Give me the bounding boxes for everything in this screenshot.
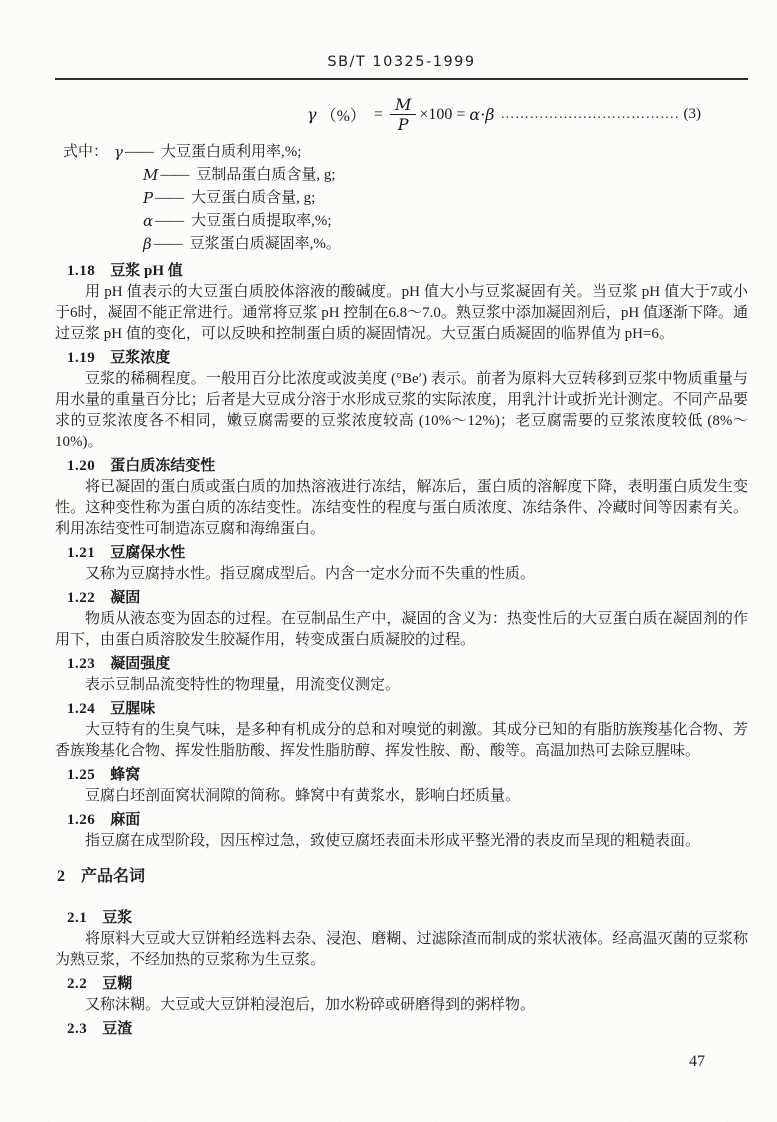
section-heading: 2.1豆浆 — [67, 908, 748, 929]
section-title: 凝固 — [110, 590, 140, 606]
section-title: 蜂窝 — [110, 767, 140, 783]
symbol-desc: 大豆蛋白质提取率,%; — [191, 210, 331, 233]
section-paragraph: 将已凝固的蛋白质或蛋白质的加热溶液进行冻结，解冻后，蛋白质的溶解度下降，表明蛋白… — [55, 477, 748, 540]
section-paragraph: 豆腐白坯剖面窝状洞隙的简称。蜂窝中有黄浆水，影响白坯质量。 — [55, 786, 748, 807]
formula-equals-1: = — [374, 106, 383, 124]
standard-code-header: SB/T 10325-1999 — [55, 54, 748, 71]
symbol-desc: 豆浆蛋白质凝固率,%。 — [190, 233, 341, 256]
section-title: 豆腐保水性 — [110, 545, 185, 561]
symbol-p: P — [143, 187, 153, 210]
section-number: 1.20 — [67, 458, 95, 474]
section-paragraph: 物质从液态变为固态的过程。在豆制品生产中，凝固的含义为：热变性后的大豆蛋白质在凝… — [55, 609, 748, 651]
section-1-20: 1.20蛋白质冻结变性 将已凝固的蛋白质或蛋白质的加热溶液进行冻结，解冻后，蛋白… — [55, 456, 748, 540]
section-number: 1.19 — [67, 350, 95, 366]
symbol-alpha: α — [143, 210, 153, 233]
section-1-24: 1.24豆腥味 大豆特有的生臭气味，是多种有机成分的总和对嗅觉的刺激。其成分已知… — [55, 699, 748, 762]
section-heading: 1.18豆浆 pH 值 — [67, 261, 748, 282]
formula-gamma: γ — [307, 105, 317, 124]
symbol-row-beta: β —— 豆浆蛋白质凝固率,%。 — [143, 233, 748, 256]
symbol-row-p: P —— 大豆蛋白质含量, g; — [143, 187, 748, 210]
section-number: 1.18 — [67, 263, 95, 279]
section-heading: 1.19豆浆浓度 — [67, 348, 748, 369]
section-paragraph: 用 pH 值表示的大豆蛋白质胶体溶液的酸碱度。pH 值大小与豆浆凝固有关。当豆浆… — [55, 282, 748, 345]
chapter-number: 2 — [57, 868, 65, 885]
dash: —— — [155, 210, 183, 233]
symbol-row-m: M —— 豆制品蛋白质含量, g; — [143, 164, 748, 187]
dash: —— — [155, 187, 183, 210]
section-paragraph: 表示豆制品流变特性的物理量，用流变仪测定。 — [55, 675, 748, 696]
dash: —— — [154, 233, 182, 256]
section-1-21: 1.21豆腐保水性 又称为豆腐持水性。指豆腐成型后。内含一定水分而不失重的性质。 — [55, 543, 748, 585]
symbol-gamma: γ — [114, 141, 123, 164]
section-1-25: 1.25蜂窝 豆腐白坯剖面窝状洞隙的简称。蜂窝中有黄浆水，影响白坯质量。 — [55, 765, 748, 807]
section-1-19: 1.19豆浆浓度 豆浆的稀稠程度。一般用百分比浓度或波美度 (°Be′) 表示。… — [55, 348, 748, 453]
where-label: 式中： — [63, 141, 108, 164]
section-number: 2.3 — [67, 1021, 87, 1037]
formula-fraction: M P — [390, 96, 416, 133]
section-number: 2.1 — [67, 910, 87, 926]
formula-dot-leader: ………………………………………………………… — [501, 107, 679, 123]
formula-denominator: P — [398, 115, 409, 133]
formula-numerator: M — [390, 96, 416, 115]
section-2-2: 2.2豆糊 又称沫糊。大豆或大豆饼粕浸泡后，加水粉碎或研磨得到的粥样物。 — [55, 974, 748, 1016]
section-paragraph: 将原料大豆或大豆饼粕经选料去杂、浸泡、磨糊、过滤除渣而制成的浆状液体。经高温灭菌… — [55, 929, 748, 971]
section-2-3: 2.3豆渣 — [55, 1019, 748, 1040]
symbol-m: M — [143, 164, 158, 187]
section-1-22: 1.22凝固 物质从液态变为固态的过程。在豆制品生产中，凝固的含义为：热变性后的… — [55, 588, 748, 651]
dash: —— — [125, 141, 153, 164]
section-title: 豆腥味 — [110, 701, 155, 717]
section-heading: 1.26麻面 — [67, 810, 748, 831]
section-heading: 1.22凝固 — [67, 588, 748, 609]
section-number: 1.24 — [67, 701, 95, 717]
section-1-23: 1.23凝固强度 表示豆制品流变特性的物理量，用流变仪测定。 — [55, 654, 748, 696]
formula-percent: （%） — [321, 103, 366, 126]
formula-equals-2: = — [456, 106, 465, 124]
section-number: 1.22 — [67, 590, 95, 606]
section-title: 豆浆浓度 — [110, 350, 170, 366]
chapter-title: 产品名词 — [81, 868, 145, 885]
symbol-row-gamma: 式中： γ —— 大豆蛋白质利用率,%; — [63, 141, 748, 164]
symbol-desc: 豆制品蛋白质含量, g; — [196, 164, 335, 187]
formula-expression: γ （%） = M P ×100 = α·β — [307, 96, 495, 133]
section-heading: 2.2豆糊 — [67, 974, 748, 995]
section-number: 1.26 — [67, 812, 95, 828]
formula-times-100: ×100 — [419, 106, 452, 124]
document-page: SB/T 10325-1999 γ （%） = M P ×100 = α·β …… — [0, 0, 777, 1122]
section-paragraph: 又称沫糊。大豆或大豆饼粕浸泡后，加水粉碎或研磨得到的粥样物。 — [55, 995, 748, 1016]
section-2-1: 2.1豆浆 将原料大豆或大豆饼粕经选料去杂、浸泡、磨糊、过滤除渣而制成的浆状液体… — [55, 908, 748, 971]
symbol-desc: 大豆蛋白质利用率,%; — [161, 141, 301, 164]
section-title: 豆浆 pH 值 — [110, 263, 183, 279]
section-heading: 2.3豆渣 — [67, 1019, 748, 1040]
section-paragraph: 指豆腐在成型阶段，因压榨过急，致使豆腐坯表面未形成平整光滑的表皮而呈现的粗糙表面… — [55, 831, 748, 852]
section-title: 麻面 — [110, 812, 140, 828]
section-heading: 1.25蜂窝 — [67, 765, 748, 786]
chapter-2-heading: 2产品名词 — [57, 866, 748, 888]
symbol-desc: 大豆蛋白质含量, g; — [191, 187, 315, 210]
section-heading: 1.21豆腐保水性 — [67, 543, 748, 564]
section-paragraph: 大豆特有的生臭气味，是多种有机成分的总和对嗅觉的刺激。其成分已知的有脂肪族羧基化… — [55, 720, 748, 762]
header-rule — [55, 78, 748, 80]
section-1-26: 1.26麻面 指豆腐在成型阶段，因压榨过急，致使豆腐坯表面未形成平整光滑的表皮而… — [55, 810, 748, 852]
section-title: 豆浆 — [102, 910, 132, 926]
section-heading: 1.20蛋白质冻结变性 — [67, 456, 748, 477]
formula-3: γ （%） = M P ×100 = α·β ……………………………………………… — [55, 96, 748, 133]
formula-equation-number: (3) — [684, 106, 702, 123]
section-title: 豆糊 — [102, 976, 132, 992]
symbol-beta: β — [143, 233, 152, 256]
section-title: 凝固强度 — [110, 656, 170, 672]
page-number: 47 — [689, 1053, 705, 1071]
section-paragraph: 豆浆的稀稠程度。一般用百分比浓度或波美度 (°Be′) 表示。前者为原料大豆转移… — [55, 369, 748, 453]
section-heading: 1.23凝固强度 — [67, 654, 748, 675]
formula-symbol-list: 式中： γ —— 大豆蛋白质利用率,%; M —— 豆制品蛋白质含量, g; P… — [55, 141, 748, 256]
section-number: 1.25 — [67, 767, 95, 783]
formula-alpha-beta: α·β — [469, 105, 494, 124]
section-1-18: 1.18豆浆 pH 值 用 pH 值表示的大豆蛋白质胶体溶液的酸碱度。pH 值大… — [55, 261, 748, 345]
dash: —— — [160, 164, 188, 187]
section-heading: 1.24豆腥味 — [67, 699, 748, 720]
section-paragraph: 又称为豆腐持水性。指豆腐成型后。内含一定水分而不失重的性质。 — [55, 564, 748, 585]
section-number: 1.23 — [67, 656, 95, 672]
section-title: 豆渣 — [102, 1021, 132, 1037]
symbol-row-alpha: α —— 大豆蛋白质提取率,%; — [143, 210, 748, 233]
section-title: 蛋白质冻结变性 — [110, 458, 215, 474]
section-number: 1.21 — [67, 545, 95, 561]
section-number: 2.2 — [67, 976, 87, 992]
